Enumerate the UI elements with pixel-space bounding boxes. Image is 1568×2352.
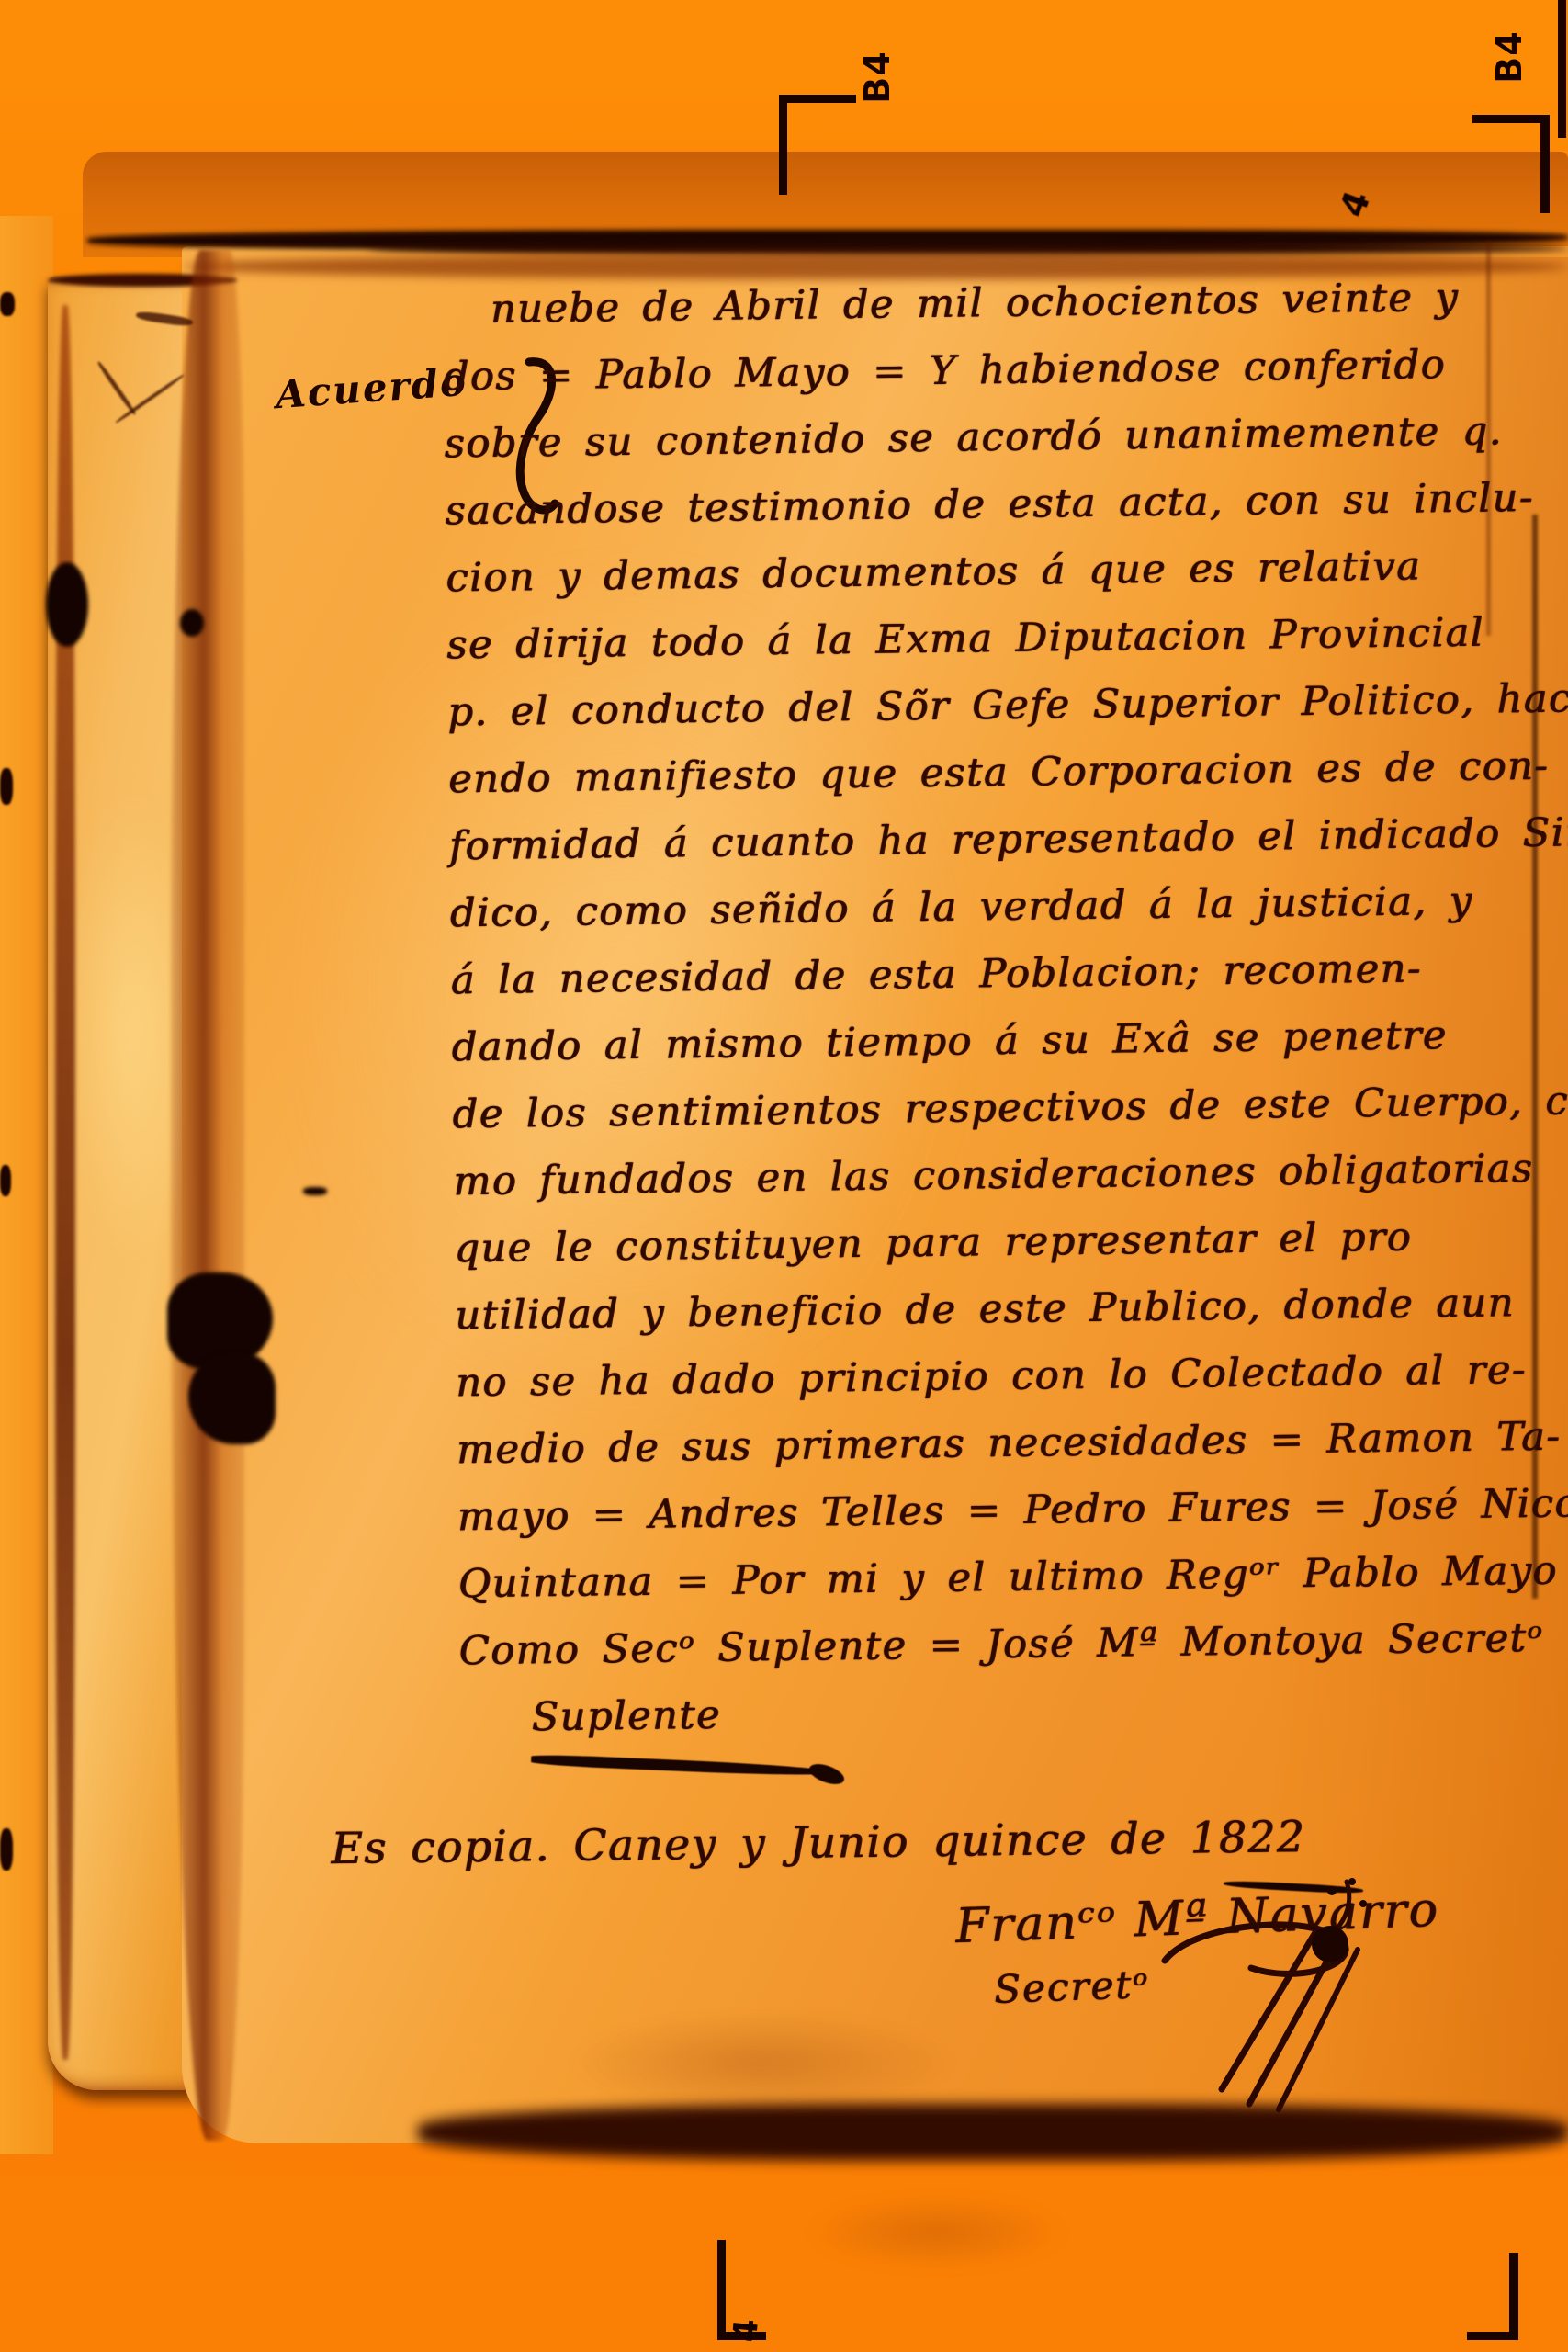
faded-ink-ghost <box>570 2012 955 2113</box>
manuscript-line: nuebe de Abril de mil ochocientos veinte… <box>490 264 1556 344</box>
sheet-edge-line <box>1558 0 1566 138</box>
ink-blot <box>188 1352 276 1444</box>
ink-blot <box>46 562 88 647</box>
manuscript-text-block: nuebe de Abril de mil ochocientos veinte… <box>442 264 1568 1885</box>
manuscript-line-es-copia: Es copia. Caney y Junio quince de 1822 <box>331 1798 1568 1887</box>
page-bottom-shadow <box>418 2104 1568 2161</box>
left-edge-ink-dash <box>0 768 13 805</box>
left-edge-ink-dash <box>0 1165 11 1196</box>
registration-label-b4-top-center: B4 <box>857 36 897 119</box>
ink-blot <box>180 609 204 637</box>
page-left-deckle-edge <box>171 250 244 2141</box>
registration-corner-top-center <box>779 95 856 195</box>
registration-corner-bottom-right <box>1467 2253 1518 2340</box>
registration-label-4-bottom: 4 <box>727 2317 766 2344</box>
registration-corner-top-right <box>1472 115 1550 213</box>
signature-rubric-icon <box>1150 1872 1371 2148</box>
left-edge-ink-dash <box>0 292 15 316</box>
microfilm-photo: { "registration_marks": { "top_center_la… <box>0 0 1568 2352</box>
margin-ink-dash <box>303 1187 327 1195</box>
manuscript-line: Como Secᵒ Suplente = José Mª Montoya Sec… <box>458 1605 1568 1686</box>
registration-label-b4-top-right: B4 <box>1489 16 1529 98</box>
faded-ink-ghost <box>808 2196 1066 2269</box>
manuscript-line-suplente: Suplente <box>531 1672 1568 1752</box>
left-edge-ink-dash <box>0 1828 13 1871</box>
signature-title: Secretᵒ <box>993 1962 1150 2012</box>
